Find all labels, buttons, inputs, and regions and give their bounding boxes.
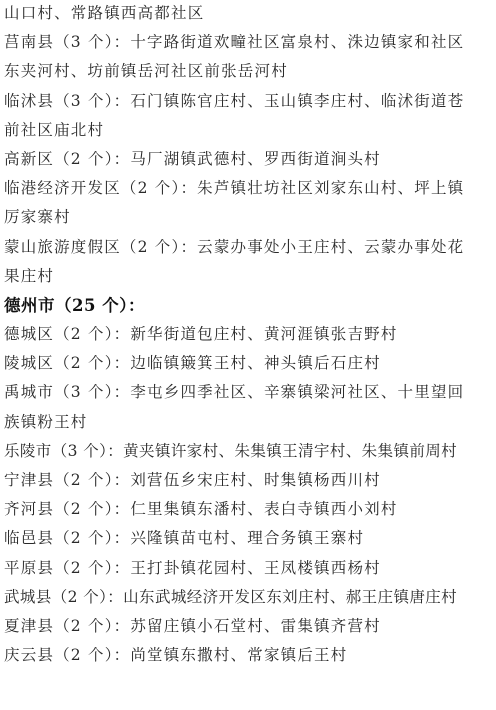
- county-entry: 平原县（2 个）：王打卦镇花园村、王凤楼镇西杨村: [4, 554, 494, 583]
- county-entry: 陵城区（2 个）：边临镇簸箕王村、神头镇后石庄村: [4, 349, 494, 378]
- county-entry: 蒙山旅游度假区（2 个）：云蒙办事处小王庄村、云蒙办事处花: [4, 233, 494, 262]
- text-line: 山口村、常路镇西高都社区: [4, 0, 494, 28]
- county-entry: 临港经济开发区（2 个）：朱芦镇壮坊社区刘家东山村、坪上镇: [4, 174, 494, 203]
- text-line: 厉家寨村: [4, 203, 494, 232]
- county-entry: 临邑县（2 个）：兴隆镇苗屯村、理合务镇王寨村: [4, 524, 494, 553]
- document-body: 山口村、常路镇西高都社区 莒南县（3 个）：十字路街道欢疃社区富泉村、洙边镇家和…: [4, 0, 494, 670]
- county-entry: 临沭县（3 个）：石门镇陈官庄村、玉山镇李庄村、临沭街道苍: [4, 87, 494, 116]
- text-line: 果庄村: [4, 262, 494, 291]
- county-entry: 庆云县（2 个）：尚堂镇东撒村、常家镇后王村: [4, 641, 494, 670]
- text-line: 东夹河村、坊前镇岳河社区前张岳河村: [4, 57, 494, 86]
- text-line: 前社区庙北村: [4, 116, 494, 145]
- county-entry: 高新区（2 个）：马厂湖镇武德村、罗西街道涧头村: [4, 145, 494, 174]
- county-entry: 莒南县（3 个）：十字路街道欢疃社区富泉村、洙边镇家和社区: [4, 28, 494, 57]
- county-entry: 夏津县（2 个）：苏留庄镇小石堂村、雷集镇齐营村: [4, 612, 494, 641]
- county-entry: 德城区（2 个）：新华街道包庄村、黄河涯镇张吉野村: [4, 320, 494, 349]
- county-entry: 齐河县（2 个）：仁里集镇东潘村、表白寺镇西小刘村: [4, 495, 494, 524]
- city-heading: 德州市（25 个）：: [4, 291, 494, 320]
- county-entry: 禹城市（3 个）：李屯乡四季社区、辛寨镇梁河社区、十里望回: [4, 378, 494, 407]
- county-entry: 宁津县（2 个）：刘营伍乡宋庄村、时集镇杨西川村: [4, 466, 494, 495]
- text-line: 族镇粉王村: [4, 408, 494, 437]
- county-entry: 乐陵市（3 个）：黄夹镇许家村、朱集镇王清宇村、朱集镇前周村: [4, 437, 494, 466]
- county-entry: 武城县（2 个）：山东武城经济开发区东刘庄村、郝王庄镇唐庄村: [4, 583, 494, 612]
